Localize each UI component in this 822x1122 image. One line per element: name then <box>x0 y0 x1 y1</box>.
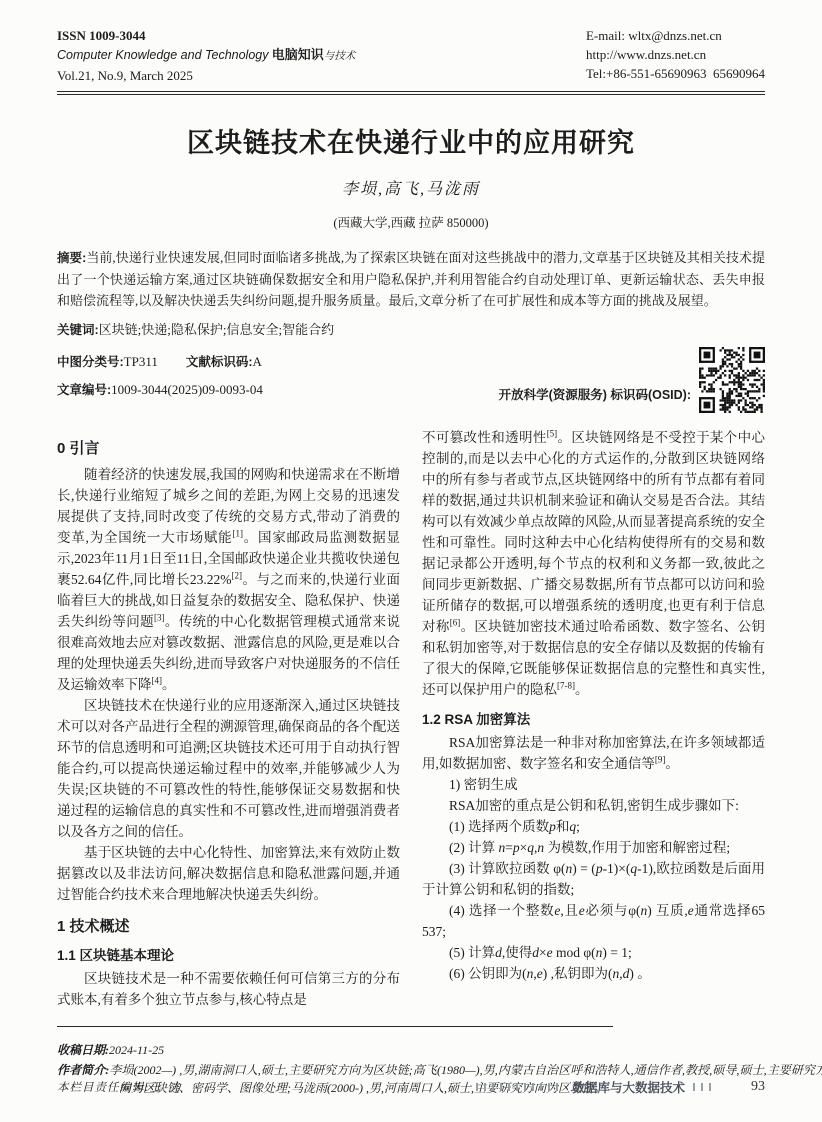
clc-value: TP311 <box>124 354 158 369</box>
body-paragraph: RSA加密算法是一种非对称加密算法,在许多领域都适用,如数据加密、数字签名和安全… <box>422 732 765 774</box>
clc-line: 中图分类号:TP311文献标识码:A <box>57 351 263 373</box>
abstract-label: 摘要: <box>57 251 86 265</box>
received-date-label: 收稿日期: <box>57 1043 109 1057</box>
body-paragraph: RSA加密的重点是公钥和私钥,密钥生成步骤如下: <box>422 795 765 816</box>
section-heading: 0 引言 <box>57 437 400 458</box>
journal-name: Computer Knowledge and Technology 电脑知识与技… <box>57 45 355 66</box>
article-body: 0 引言随着经济的快速发展,我国的网购和快递需求在不断增长,快递行业缩短了城乡之… <box>57 427 765 1010</box>
dash-decoration-icon <box>476 1083 564 1091</box>
received-date: 收稿日期:2024-11-25 <box>57 1041 765 1059</box>
section-heading: 1.1 区块链基本理论 <box>57 944 400 964</box>
body-paragraph: (6) 公钥即为(n,e) ,私钥即为(n,d) 。 <box>422 963 765 984</box>
journal-info: ISSN 1009-3044 Computer Knowledge and Te… <box>57 26 355 85</box>
osid-caption: 开放科学(资源服务) 标识码(OSID): <box>499 385 691 403</box>
section-heading: 1.2 RSA 加密算法 <box>422 708 765 728</box>
article-authors: 李埙,高飞,马泷雨 <box>57 176 765 199</box>
dash-decoration-icon <box>693 1083 717 1091</box>
classification-block: 中图分类号:TP311文献标识码:A 文章编号:1009-3044(2025)0… <box>57 345 263 401</box>
abstract: 摘要:当前,快递行业快速发展,但同时面临诸多挑战,为了探索区块链在面对这些挑战中… <box>57 247 765 311</box>
body-paragraph: 1) 密钥生成 <box>422 774 765 795</box>
meta-row: 中图分类号:TP311文献标识码:A 文章编号:1009-3044(2025)0… <box>57 345 765 413</box>
clc-label: 中图分类号: <box>57 355 124 369</box>
journal-email: E-mail: wltx@dnzs.net.cn <box>586 26 765 45</box>
article-id-line: 文章编号:1009-3044(2025)09-0093-04 <box>57 379 263 401</box>
keywords: 关键词:区块链;快递;隐私保护;信息安全;智能合约 <box>57 319 765 341</box>
section-name: 数据库与大数据技术 <box>572 1078 685 1096</box>
body-paragraph: 随着经济的快速发展,我国的网购和快递需求在不断增长,快递行业缩短了城乡之间的差距… <box>57 464 400 695</box>
page-footer: 本栏目责任编辑:王 力 数据库与大数据技术 93 <box>57 1078 765 1096</box>
osid-block: 开放科学(资源服务) 标识码(OSID): <box>499 347 765 413</box>
article-title: 区块链技术在快递行业中的应用研究 <box>57 121 765 160</box>
column-editor: 本栏目责任编辑:王 力 <box>57 1079 182 1095</box>
left-column: 0 引言随着经济的快速发展,我国的网购和快递需求在不断增长,快递行业缩短了城乡之… <box>57 427 400 1010</box>
volume-issue: Vol.21, No.9, March 2025 <box>57 66 355 85</box>
journal-website: http://www.dnzs.net.cn <box>586 45 765 64</box>
right-column: 不可篡改性和透明性[5]。区块链网络是不受控于某个中心控制的,而是以去中心化的方… <box>422 427 765 1010</box>
contact-info: E-mail: wltx@dnzs.net.cn http://www.dnzs… <box>586 26 765 83</box>
doc-code-value: A <box>253 354 262 369</box>
osid-qr-code <box>699 347 765 413</box>
body-paragraph: 不可篡改性和透明性[5]。区块链网络是不受控于某个中心控制的,而是以去中心化的方… <box>422 427 765 700</box>
footer-section-block: 数据库与大数据技术 93 <box>476 1078 765 1096</box>
body-paragraph: (5) 计算d,使得d×e mod φ(n) = 1; <box>422 942 765 963</box>
author-bio-label: 作者简介: <box>57 1063 109 1077</box>
body-paragraph: 区块链技术是一种不需要依赖任何可信第三方的分布式账本,有着多个独立节点参与,核心… <box>57 968 400 1010</box>
journal-name-cn: 电脑知识 <box>272 47 324 62</box>
keywords-text: 区块链;快递;隐私保护;信息安全;智能合约 <box>99 322 334 337</box>
received-date-value: 2024-11-25 <box>109 1043 164 1057</box>
article-id-value: 1009-3044(2025)09-0093-04 <box>111 382 263 397</box>
article-affiliation: (西藏大学,西藏 拉萨 850000) <box>57 213 765 231</box>
body-paragraph: 区块链技术在快递行业的应用逐渐深入,通过区块链技术可以对各产品进行全程的溯源管理… <box>57 695 400 842</box>
journal-name-en: Computer Knowledge and Technology <box>57 48 269 62</box>
journal-telephone: Tel:+86-551-65690963 65690964 <box>586 64 765 83</box>
article-id-label: 文章编号: <box>57 383 111 397</box>
journal-name-cn-sub: 与技术 <box>324 51 356 62</box>
issn: ISSN 1009-3044 <box>57 26 355 45</box>
page-number: 93 <box>751 1079 765 1095</box>
body-paragraph: 基于区块链的去中心化特性、加密算法,来有效防止数据篡改以及非法访问,解决数据信息… <box>57 842 400 905</box>
body-paragraph: (3) 计算欧拉函数 φ(n) = (p-1)×(q-1),欧拉函数是后面用于计… <box>422 858 765 900</box>
keywords-label: 关键词: <box>57 323 99 337</box>
section-heading: 1 技术概述 <box>57 915 400 936</box>
doc-code-label: 文献标识码: <box>186 355 253 369</box>
header-divider <box>57 91 765 95</box>
page-header: ISSN 1009-3044 Computer Knowledge and Te… <box>57 26 765 85</box>
body-paragraph: (1) 选择两个质数p和q; <box>422 816 765 837</box>
abstract-text: 当前,快递行业快速发展,但同时面临诸多挑战,为了探索区块链在面对这些挑战中的潜力… <box>57 250 765 308</box>
journal-page: ISSN 1009-3044 Computer Knowledge and Te… <box>0 0 822 1122</box>
body-paragraph: (4) 选择一个整数e,且e必须与φ(n) 互质,e通常选择65 537; <box>422 900 765 942</box>
body-paragraph: (2) 计算 n=p×q,n 为模数,作用于加密和解密过程; <box>422 837 765 858</box>
